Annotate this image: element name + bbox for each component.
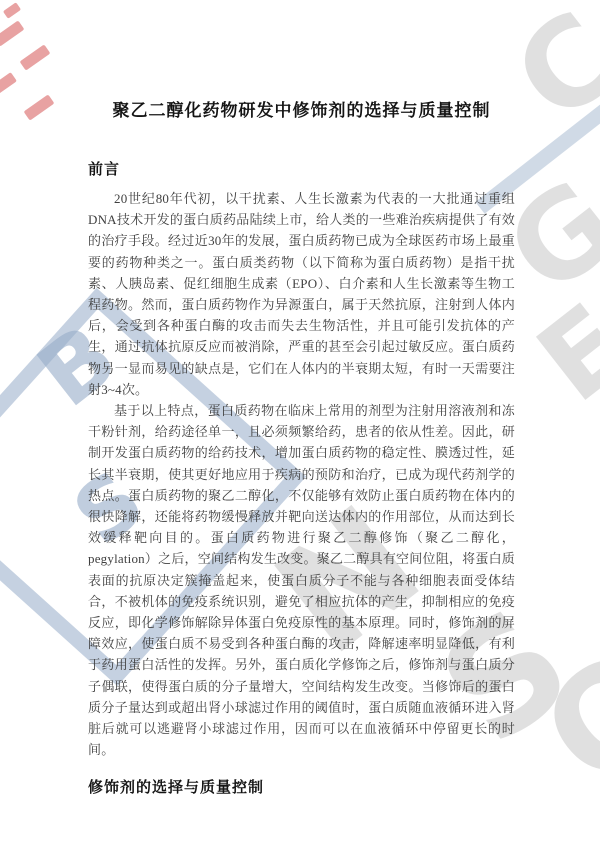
section-heading-preface: 前言 (88, 158, 515, 179)
paragraph-pegylation-benefits: 基于以上特点，蛋白质药物在临床上常用的剂型为注射用溶液剂和冻干粉针剂，给药途径单… (88, 400, 515, 760)
document-body: 聚乙二醇化药物研发中修饰剂的选择与质量控制 前言 20世纪80年代初，以干扰素、… (0, 0, 600, 797)
document-title: 聚乙二醇化药物研发中修饰剂的选择与质量控制 (88, 96, 515, 121)
paragraph-intro-history: 20世纪80年代初，以干扰素、人生长激素为代表的一大批通过重组DNA技术开发的蛋… (88, 188, 515, 400)
document-page: C G E B S N S O 聚乙二醇化药物研发中修饰剂的选择与质量控制 前言… (0, 0, 600, 847)
section-heading-modifier-selection: 修饰剂的选择与质量控制 (88, 776, 515, 797)
